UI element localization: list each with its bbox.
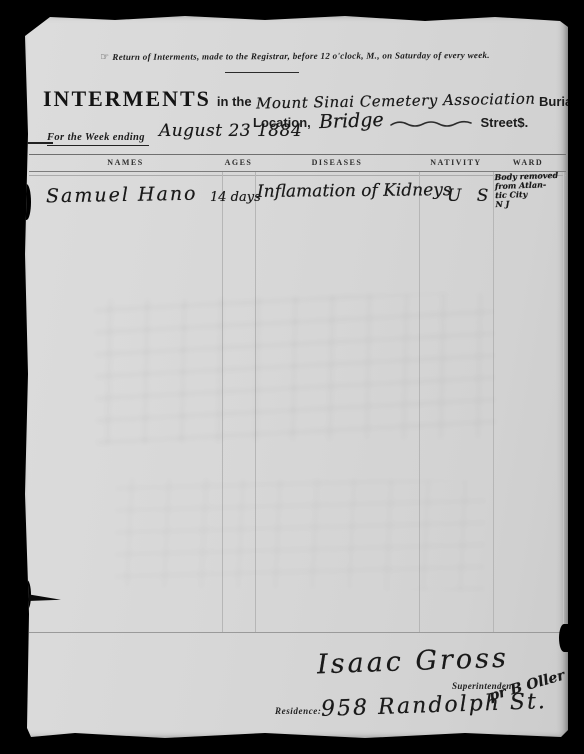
entry-age-handwriting: 14 days [210, 190, 261, 205]
table-bottom-rule [29, 632, 566, 633]
title-connector-text: in the [217, 94, 252, 109]
ward-note-line: N J [495, 198, 559, 209]
form-title-row: INTERMENTS in the Mount Sinai Cemetery A… [43, 86, 563, 112]
entry-name-handwriting: Samuel Hano [46, 183, 198, 208]
scanned-register-page: ☞Return of Interments, made to the Regis… [25, 14, 568, 739]
week-ending-row: For the Week ending August 23 1884 [47, 125, 302, 145]
title-suffix-text: Burial Ground, [539, 94, 584, 109]
left-edge-ink-blot [22, 184, 31, 220]
residence-value-handwriting: 958 Randolph St. [321, 689, 548, 722]
column-header-diseases: DISEASES [255, 158, 419, 167]
table-top-rule [29, 154, 566, 155]
entry-ward-note-handwriting: Body removed from Atlan- tic City N J [494, 171, 559, 209]
entry-nativity-handwriting: U S [447, 186, 493, 206]
manicule-icon: ☞ [100, 52, 109, 63]
week-ending-date-handwriting: August 23 1884 [159, 121, 302, 141]
handwritten-dash-line [389, 118, 475, 130]
table-header-rule-1 [29, 171, 566, 172]
street-label: Street$. [480, 115, 528, 130]
column-header-names: NAMES [29, 158, 222, 167]
column-header-ward: WARD [493, 158, 563, 167]
registrar-notice-text: Return of Interments, made to the Regist… [112, 50, 489, 62]
ink-bleedthrough-smudge [94, 293, 496, 445]
column-header-ages: AGES [222, 158, 255, 167]
left-edge-tear-mark [27, 594, 61, 603]
cemetery-name-handwriting: Mount Sinai Cemetery Association [255, 90, 535, 113]
superintendent-signature-handwriting: Isaac Gross [317, 643, 510, 681]
notice-divider-rule [225, 72, 299, 73]
location-value-handwriting: Bridge [318, 109, 383, 133]
registrar-notice: ☞Return of Interments, made to the Regis… [55, 50, 535, 64]
ink-bleedthrough-smudge [115, 477, 486, 590]
table-header-rule-2 [29, 175, 566, 176]
entry-disease-handwriting: Inflamation of Kidneys [257, 180, 452, 202]
form-title: INTERMENTS [43, 86, 211, 112]
week-ending-label: For the Week ending [47, 132, 149, 146]
column-header-nativity: NATIVITY [419, 158, 493, 167]
table-right-rule [563, 172, 564, 632]
residence-label: Residence: [275, 706, 322, 716]
right-edge-ink-blot [559, 624, 569, 652]
